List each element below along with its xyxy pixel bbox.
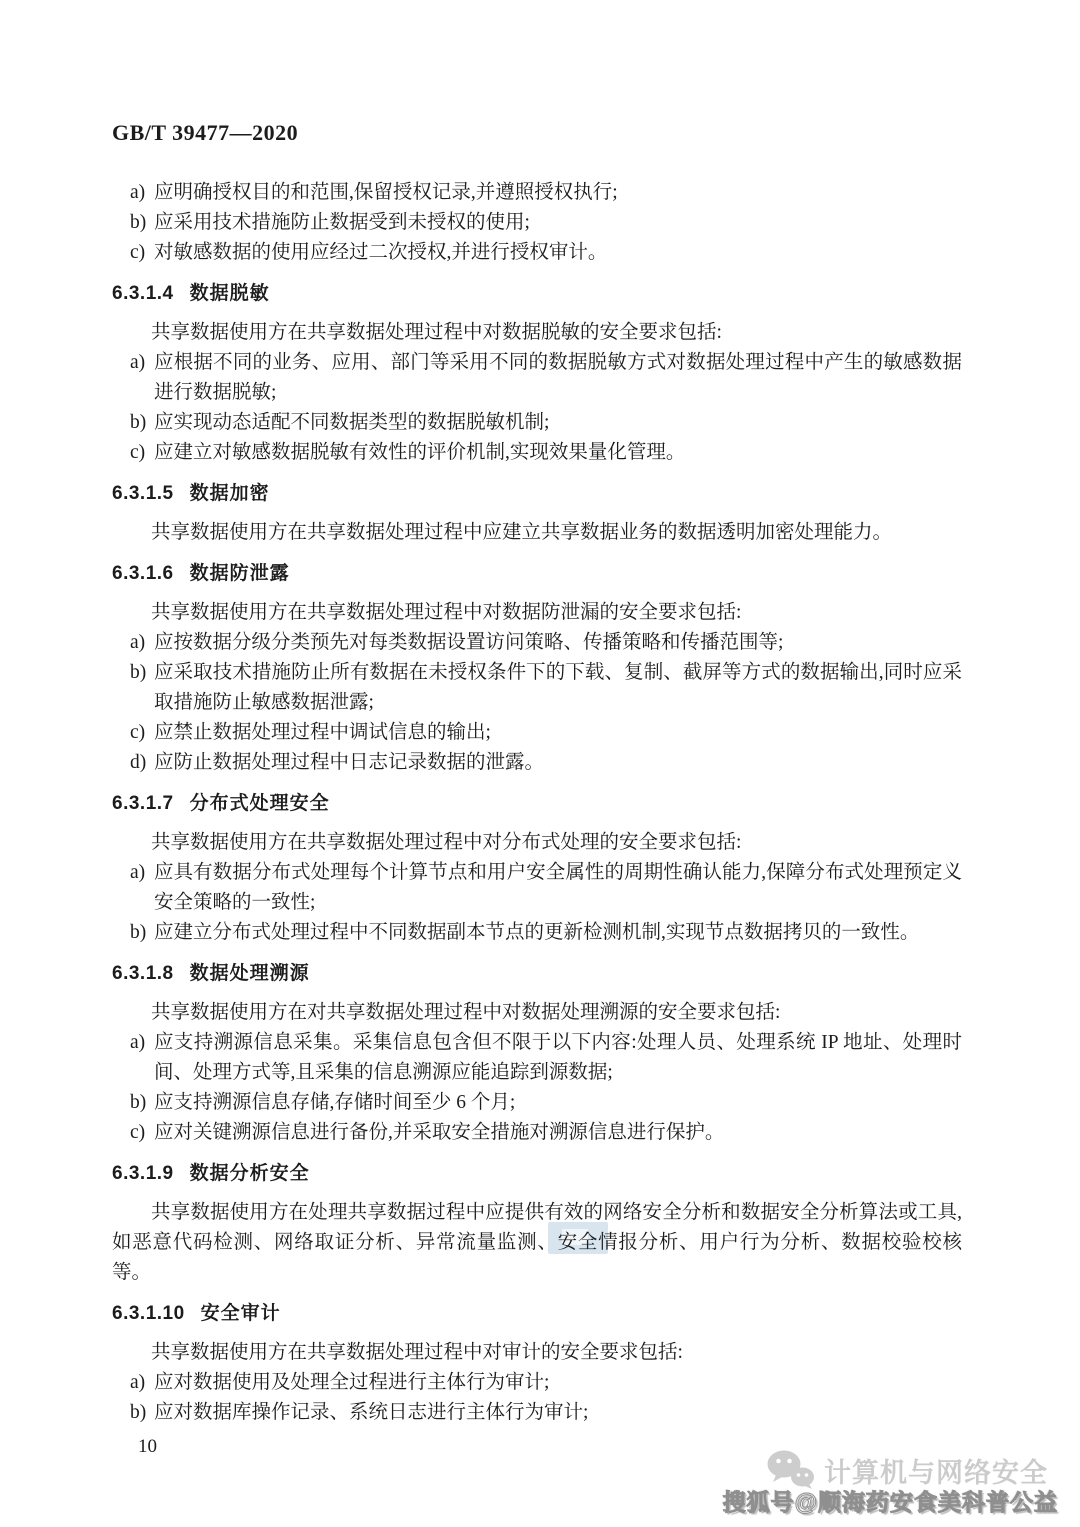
section-title: 数据处理溯源 <box>190 963 310 984</box>
list-item: b) 应采用技术措施防止数据受到未授权的使用; <box>112 208 962 238</box>
list-marker: b) <box>130 918 146 948</box>
list-item: d) 应防止数据处理过程中日志记录数据的泄露。 <box>112 748 962 778</box>
list-item: c) 应建立对敏感数据脱敏有效性的评价机制,实现效果量化管理。 <box>112 438 962 468</box>
list-item: a) 应对数据使用及处理全过程进行主体行为审计; <box>112 1368 962 1398</box>
list-item: a) 应支持溯源信息采集。采集信息包含但不限于以下内容:处理人员、处理系统 IP… <box>112 1028 962 1088</box>
section-heading: 6.3.1.5数据加密 <box>112 481 962 507</box>
list-marker: c) <box>130 238 145 268</box>
section-list: a) 应根据不同的业务、应用、部门等采用不同的数据脱敏方式对数据处理过程中产生的… <box>112 348 962 468</box>
section-title: 数据脱敏 <box>190 283 270 304</box>
section-6-3-1-7: 6.3.1.7分布式处理安全 共享数据使用方在共享数据处理过程中对分布式处理的安… <box>112 791 962 948</box>
section-heading: 6.3.1.6数据防泄露 <box>112 561 962 587</box>
list-text: 应防止数据处理过程中日志记录数据的泄露。 <box>154 752 544 773</box>
list-marker: c) <box>130 1118 145 1148</box>
list-text: 应实现动态适配不同数据类型的数据脱敏机制; <box>154 412 549 433</box>
list-item: b) 应建立分布式处理过程中不同数据副本节点的更新检测机制,实现节点数据拷贝的一… <box>112 918 962 948</box>
list-marker: a) <box>130 628 145 658</box>
list-text: 应明确授权目的和范围,保留授权记录,并遵照授权执行; <box>154 182 618 203</box>
section-intro: 共享数据使用方在共享数据处理过程中对审计的安全要求包括: <box>112 1338 962 1368</box>
section-heading: 6.3.1.7分布式处理安全 <box>112 791 962 817</box>
section-number: 6.3.1.8 <box>112 963 174 984</box>
section-title: 数据加密 <box>190 483 270 504</box>
list-item: a) 应具有数据分布式处理每个计算节点和用户安全属性的周期性确认能力,保障分布式… <box>112 858 962 918</box>
section-intro: 共享数据使用方在共享数据处理过程中对数据脱敏的安全要求包括: <box>112 318 962 348</box>
section-list: a) 应具有数据分布式处理每个计算节点和用户安全属性的周期性确认能力,保障分布式… <box>112 858 962 948</box>
section-intro: 共享数据使用方在共享数据处理过程中对数据防泄漏的安全要求包括: <box>112 598 962 628</box>
list-marker: d) <box>130 748 146 778</box>
section-6-3-1-9: 6.3.1.9数据分析安全 共享数据使用方在处理共享数据过程中应提供有效的网络安… <box>112 1161 962 1288</box>
section-6-3-1-8: 6.3.1.8数据处理溯源 共享数据使用方在对共享数据处理过程中对数据处理溯源的… <box>112 961 962 1148</box>
list-text: 应建立对敏感数据脱敏有效性的评价机制,实现效果量化管理。 <box>154 442 685 463</box>
list-text: 应对数据使用及处理全过程进行主体行为审计; <box>154 1372 549 1393</box>
list-text: 应建立分布式处理过程中不同数据副本节点的更新检测机制,实现节点数据拷贝的一致性。 <box>154 922 919 943</box>
section-title: 数据分析安全 <box>190 1163 310 1184</box>
document-page: GB/T 39477—2020 a) 应明确授权目的和范围,保留授权记录,并遵照… <box>0 0 1080 1527</box>
page-content: GB/T 39477—2020 a) 应明确授权目的和范围,保留授权记录,并遵照… <box>0 0 1080 1462</box>
list-marker: a) <box>130 858 145 888</box>
list-text: 应支持溯源信息采集。采集信息包含但不限于以下内容:处理人员、处理系统 IP 地址… <box>154 1032 962 1083</box>
list-text: 应对数据库操作记录、系统日志进行主体行为审计; <box>154 1402 588 1423</box>
list-item: b) 应实现动态适配不同数据类型的数据脱敏机制; <box>112 408 962 438</box>
list-item: c) 应禁止数据处理过程中调试信息的输出; <box>112 718 962 748</box>
standard-number-header: GB/T 39477—2020 <box>112 120 962 146</box>
list-text: 对敏感数据的使用应经过二次授权,并进行授权审计。 <box>154 242 607 263</box>
section-number: 6.3.1.10 <box>112 1303 185 1324</box>
section-intro: 共享数据使用方在共享数据处理过程中对分布式处理的安全要求包括: <box>112 828 962 858</box>
list-text: 应支持溯源信息存储,存储时间至少 6 个月; <box>154 1092 515 1113</box>
list-text: 应按数据分级分类预先对每类数据设置访问策略、传播策略和传播范围等; <box>154 632 783 653</box>
section-heading: 6.3.1.8数据处理溯源 <box>112 961 962 987</box>
list-marker: a) <box>130 1028 145 1058</box>
section-6-3-1-4: 6.3.1.4数据脱敏 共享数据使用方在共享数据处理过程中对数据脱敏的安全要求包… <box>112 281 962 468</box>
list-text: 应根据不同的业务、应用、部门等采用不同的数据脱敏方式对数据处理过程中产生的敏感数… <box>154 352 962 403</box>
section-number: 6.3.1.9 <box>112 1163 174 1184</box>
section-title: 数据防泄露 <box>190 563 290 584</box>
section-intro: 共享数据使用方在对共享数据处理过程中对数据处理溯源的安全要求包括: <box>112 998 962 1028</box>
list-marker: a) <box>130 348 145 378</box>
section-title: 分布式处理安全 <box>190 793 330 814</box>
list-marker: c) <box>130 438 145 468</box>
list-marker: c) <box>130 718 145 748</box>
section-list: a) 应支持溯源信息采集。采集信息包含但不限于以下内容:处理人员、处理系统 IP… <box>112 1028 962 1148</box>
section-title: 安全审计 <box>201 1303 281 1324</box>
list-text: 应对关键溯源信息进行备份,并采取安全措施对溯源信息进行保护。 <box>154 1122 724 1143</box>
section-list: a) 应按数据分级分类预先对每类数据设置访问策略、传播策略和传播范围等; b) … <box>112 628 962 778</box>
list-item: c) 对敏感数据的使用应经过二次授权,并进行授权审计。 <box>112 238 962 268</box>
list-text: 应采取技术措施防止所有数据在未授权条件下的下载、复制、截屏等方式的数据输出,同时… <box>154 662 962 713</box>
section-heading: 6.3.1.10安全审计 <box>112 1301 962 1327</box>
list-marker: b) <box>130 1088 146 1118</box>
list-text: 应禁止数据处理过程中调试信息的输出; <box>154 722 491 743</box>
section-number: 6.3.1.7 <box>112 793 174 814</box>
section-6-3-1-10: 6.3.1.10安全审计 共享数据使用方在共享数据处理过程中对审计的安全要求包括… <box>112 1301 962 1428</box>
list-item: a) 应根据不同的业务、应用、部门等采用不同的数据脱敏方式对数据处理过程中产生的… <box>112 348 962 408</box>
section-number: 6.3.1.4 <box>112 283 174 304</box>
section-heading: 6.3.1.4数据脱敏 <box>112 281 962 307</box>
section-6-3-1-6: 6.3.1.6数据防泄露 共享数据使用方在共享数据处理过程中对数据防泄漏的安全要… <box>112 561 962 778</box>
section-heading: 6.3.1.9数据分析安全 <box>112 1161 962 1187</box>
section-number: 6.3.1.6 <box>112 563 174 584</box>
sohu-credit-watermark: 搜狐号@顺海药安食美科普公益 <box>723 1484 1058 1517</box>
section-intro: 共享数据使用方在处理共享数据过程中应提供有效的网络安全分析和数据安全分析算法或工… <box>112 1198 962 1288</box>
list-marker: b) <box>130 408 146 438</box>
list-item: b) 应采取技术措施防止所有数据在未授权条件下的下载、复制、截屏等方式的数据输出… <box>112 658 962 718</box>
list-text: 应具有数据分布式处理每个计算节点和用户安全属性的周期性确认能力,保障分布式处理预… <box>154 862 962 913</box>
list-text: 应采用技术措施防止数据受到未授权的使用; <box>154 212 530 233</box>
list-item: b) 应支持溯源信息存储,存储时间至少 6 个月; <box>112 1088 962 1118</box>
section-intro: 共享数据使用方在共享数据处理过程中应建立共享数据业务的数据透明加密处理能力。 <box>112 518 962 548</box>
list-marker: a) <box>130 178 145 208</box>
list-marker: b) <box>130 1398 146 1428</box>
list-marker: b) <box>130 208 146 238</box>
list-item: a) 应明确授权目的和范围,保留授权记录,并遵照授权执行; <box>112 178 962 208</box>
section-6-3-1-5: 6.3.1.5数据加密 共享数据使用方在共享数据处理过程中应建立共享数据业务的数… <box>112 481 962 548</box>
list-item: b) 应对数据库操作记录、系统日志进行主体行为审计; <box>112 1398 962 1428</box>
list-item: c) 应对关键溯源信息进行备份,并采取安全措施对溯源信息进行保护。 <box>112 1118 962 1148</box>
list-marker: b) <box>130 658 146 688</box>
authorization-requirements-list: a) 应明确授权目的和范围,保留授权记录,并遵照授权执行; b) 应采用技术措施… <box>112 178 962 268</box>
list-marker: a) <box>130 1368 145 1398</box>
section-list: a) 应对数据使用及处理全过程进行主体行为审计; b) 应对数据库操作记录、系统… <box>112 1368 962 1428</box>
list-item: a) 应按数据分级分类预先对每类数据设置访问策略、传播策略和传播范围等; <box>112 628 962 658</box>
section-number: 6.3.1.5 <box>112 483 174 504</box>
